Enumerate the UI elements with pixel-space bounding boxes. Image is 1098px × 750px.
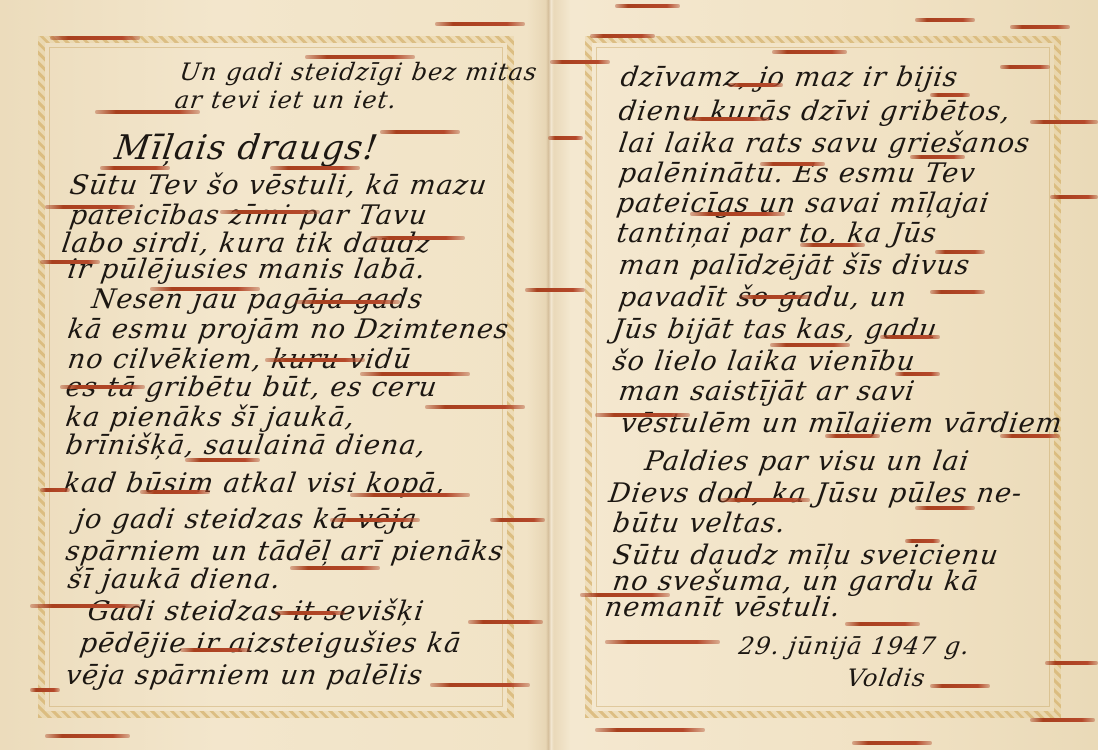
letter-line: man palīdzējāt šīs divus: [617, 250, 972, 281]
red-streak: [595, 728, 705, 732]
red-streak: [270, 166, 360, 170]
red-streak: [295, 300, 400, 304]
red-streak: [185, 458, 260, 462]
red-streak: [615, 4, 680, 8]
red-streak: [772, 50, 847, 54]
red-streak: [30, 604, 140, 608]
letter-line: brīnišķā, saulainā diena,: [64, 430, 428, 461]
red-streak: [140, 490, 210, 494]
red-streak: [265, 358, 365, 362]
letter-line: pēdējie ir aizsteigušies kā: [78, 628, 464, 659]
red-streak: [45, 205, 135, 209]
red-streak: [685, 117, 770, 121]
red-streak: [1010, 25, 1070, 29]
greeting: Mīļais draugs!: [112, 128, 381, 168]
red-streak: [728, 83, 783, 87]
red-streak: [490, 518, 545, 522]
red-streak: [1000, 434, 1060, 438]
epigraph-line: Un gadi steidzīgi bez mitas: [178, 58, 539, 86]
letter-line: kā esmu projām no Dzimtenes: [66, 314, 511, 345]
red-streak: [150, 287, 260, 291]
letter-line: pateicīgs un savai mīļajai: [615, 188, 992, 219]
letter-line: Jūs bijāt tas kas, gadu: [611, 314, 940, 345]
letter-line: Dievs dod, ka Jūsu pūles ne-: [607, 478, 1025, 509]
red-streak: [380, 130, 460, 134]
red-streak: [825, 434, 880, 438]
red-streak: [930, 93, 970, 97]
letter-line: Paldies par visu un lai: [643, 446, 972, 477]
red-streak: [275, 611, 345, 615]
signature: Voldis: [845, 664, 928, 692]
red-streak: [30, 688, 60, 692]
red-streak: [180, 648, 250, 652]
letter-line: šo lielo laika vienību: [611, 346, 918, 377]
letter-line: ka pienāks šī jaukā,: [64, 402, 358, 433]
red-streak: [580, 593, 670, 597]
red-streak: [905, 539, 940, 543]
letter-line: spārniem un tādēļ arī pienāks: [64, 536, 506, 567]
letter-line: vēja spārniem un palēlis: [64, 660, 425, 691]
red-streak: [40, 488, 70, 492]
red-streak: [360, 372, 470, 376]
red-streak: [605, 640, 720, 644]
letter-line: Gadi steidzas it sevišķi: [86, 596, 427, 627]
red-streak: [760, 162, 825, 166]
red-streak: [468, 620, 543, 624]
red-streak: [595, 413, 690, 417]
letter-line: man saistījāt ar savi: [617, 376, 917, 407]
letter-line: būtu veltas.: [611, 508, 788, 539]
right-page: dzīvamz, jo maz ir bijis dienu kurās dzī…: [549, 0, 1098, 750]
red-streak: [220, 210, 320, 214]
red-streak: [330, 518, 420, 522]
red-streak: [1000, 65, 1050, 69]
letter-line: dzīvamz, jo maz ir bijis: [619, 62, 960, 93]
red-streak: [425, 405, 525, 409]
red-streak: [305, 55, 415, 59]
red-streak: [915, 506, 975, 510]
red-streak: [690, 212, 785, 216]
scanned-letter-spread: Un gadi steidzīgi bez mitas ar tevi iet …: [0, 0, 1098, 750]
red-streak: [525, 288, 585, 292]
red-streak: [50, 36, 140, 40]
red-streak: [550, 60, 610, 64]
red-streak: [350, 493, 470, 497]
red-streak: [852, 741, 932, 745]
red-streak: [430, 683, 530, 687]
epigraph-line: ar tevi iet un iet.: [173, 86, 399, 114]
red-streak: [435, 22, 525, 26]
letter-line: dienu kurās dzīvi gribētos,: [617, 96, 1013, 127]
red-streak: [1030, 718, 1095, 722]
red-streak: [95, 110, 200, 114]
red-streak: [935, 250, 985, 254]
red-streak: [548, 136, 583, 140]
red-streak: [895, 372, 940, 376]
red-streak: [1050, 195, 1098, 199]
red-streak: [590, 34, 655, 38]
red-streak: [370, 236, 465, 240]
red-streak: [930, 684, 990, 688]
red-streak: [910, 155, 965, 159]
red-streak: [880, 335, 940, 339]
letter-line: tantiņai par to, ka Jūs: [615, 218, 939, 249]
red-streak: [770, 343, 850, 347]
red-streak: [290, 566, 380, 570]
red-streak: [930, 290, 985, 294]
red-streak: [800, 243, 865, 247]
red-streak: [100, 166, 170, 170]
red-streak: [40, 260, 100, 264]
red-streak: [720, 498, 810, 502]
red-streak: [60, 385, 145, 389]
red-streak: [45, 734, 130, 738]
red-streak: [845, 622, 920, 626]
center-fold: [546, 0, 554, 750]
red-streak: [915, 18, 975, 22]
letter-date: 29. jūnijā 1947 g.: [737, 632, 972, 660]
red-streak: [1045, 661, 1098, 665]
red-streak: [1030, 120, 1098, 124]
red-streak: [740, 295, 810, 299]
letter-line: Sūtu Tev šo vēstuli, kā mazu: [68, 170, 490, 201]
letter-line: lai laika rats savu griešanos: [617, 128, 1032, 159]
letter-line: šī jaukā diena.: [66, 564, 283, 595]
letter-line: ir pūlējusies manis labā.: [66, 254, 428, 285]
